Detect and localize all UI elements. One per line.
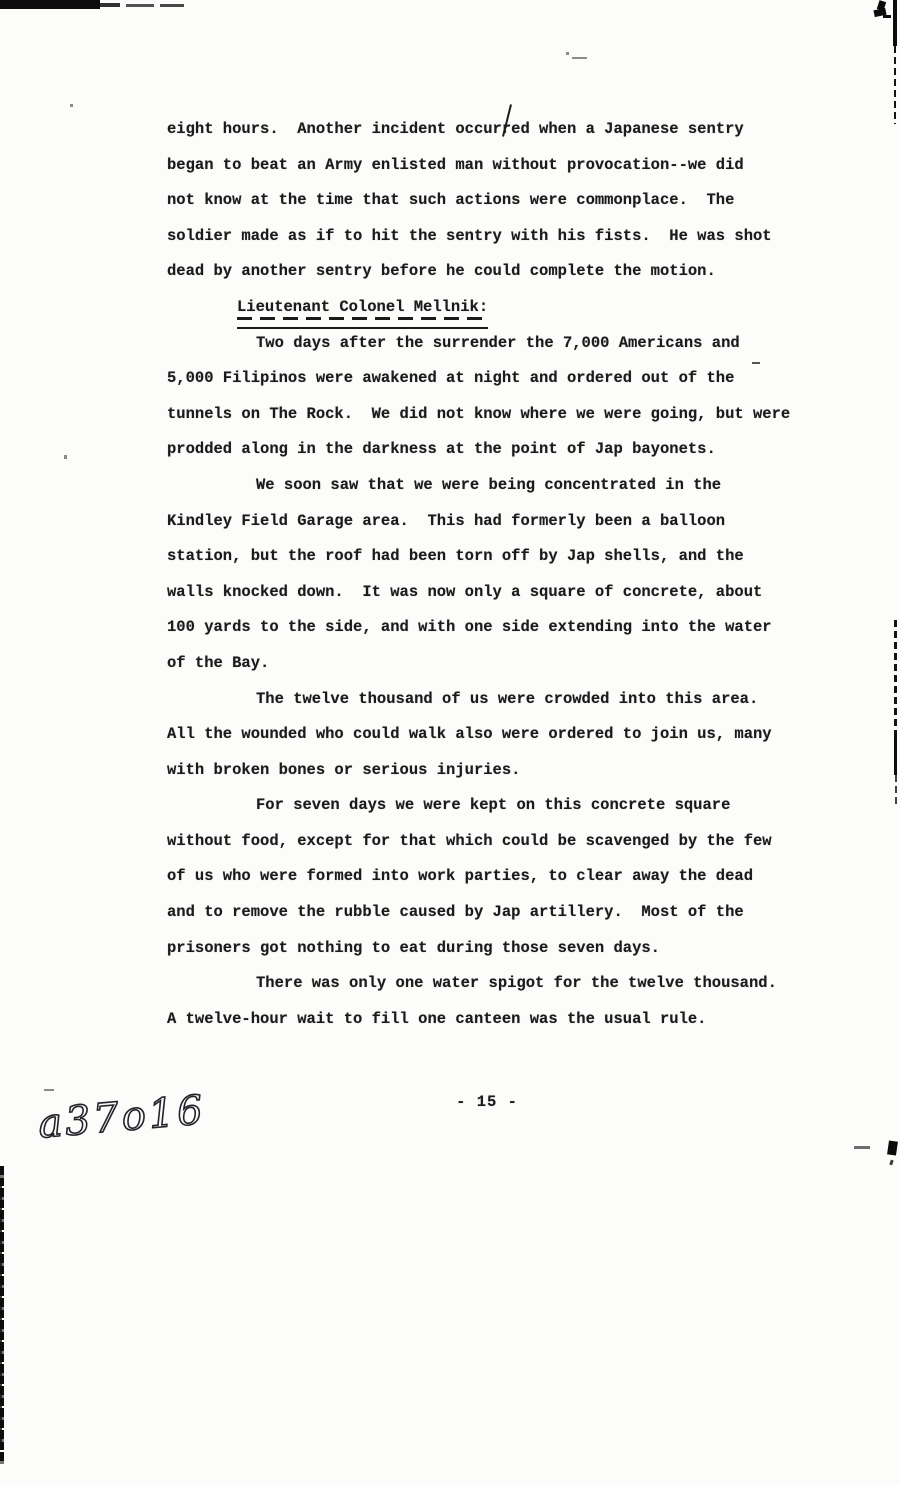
text-line: For seven days we were kept on this conc…: [167, 788, 827, 824]
scan-artifact-right-line-top-dashed: [894, 46, 896, 124]
handwritten-note: a37o16: [33, 1074, 218, 1159]
text-line: with broken bones or serious injuries.: [167, 753, 827, 789]
speck-dash-1: [572, 57, 587, 59]
speck-dot-2: [70, 104, 73, 107]
text-line: tunnels on The Rock. We did not know whe…: [167, 397, 827, 433]
text-line: of the Bay.: [167, 646, 827, 682]
text-line: prisoners got nothing to eat during thos…: [167, 931, 827, 967]
scan-artifact-bottom-right-blob: [887, 1140, 898, 1155]
page-number: - 15 -: [167, 1093, 807, 1111]
speck-dot-1: [566, 52, 569, 55]
heading-dashed-underline: [237, 317, 490, 321]
text-line: without food, except for that which coul…: [167, 824, 827, 860]
text-line: 100 yards to the side, and with one side…: [167, 610, 827, 646]
scan-artifact-top-left-bar: [0, 0, 100, 9]
text-line: All the wounded who could walk also were…: [167, 717, 827, 753]
text-line: began to beat an Army enlisted man witho…: [167, 148, 827, 184]
text-line: A twelve-hour wait to fill one canteen w…: [167, 1002, 827, 1038]
handwritten-note-text: a37o16: [36, 1087, 207, 1147]
text-line: dead by another sentry before he could c…: [167, 254, 827, 290]
text-line: There was only one water spigot for the …: [167, 966, 827, 1002]
text-line: prodded along in the darkness at the poi…: [167, 432, 827, 468]
speck-dot-3: [64, 455, 67, 459]
scan-artifact-top-left-tail-2: [126, 4, 154, 7]
text-line: station, but the roof had been torn off …: [167, 539, 827, 575]
scan-artifact-right-line-mid-solid: [894, 735, 897, 775]
section-heading: Lieutenant Colonel Mellnik:: [237, 290, 488, 329]
text-line: not know at the time that such actions w…: [167, 183, 827, 219]
scan-artifact-top-left-tail-3: [160, 4, 184, 7]
speck-bottom-right-squiggle: [854, 1146, 870, 1149]
text-line: We soon saw that we were being concentra…: [167, 468, 827, 504]
text-block: eight hours. Another incident occurred w…: [167, 112, 827, 1037]
text-line: soldier made as if to hit the sentry wit…: [167, 219, 827, 255]
scan-artifact-top-right-scribble-3: [883, 15, 891, 18]
scan-artifact-left-line-bottom-core: [0, 1180, 2, 1450]
text-line: Kindley Field Garage area. This had form…: [167, 504, 827, 540]
scan-artifact-right-line-top-solid: [893, 0, 897, 46]
scan-artifact-right-line-mid-tail: [895, 775, 897, 805]
text-line: Two days after the surrender the 7,000 A…: [167, 326, 827, 362]
speck-bottom-right-dot: [889, 1160, 894, 1166]
text-line: of us who were formed into work parties,…: [167, 859, 827, 895]
scan-artifact-top-left-tail-1: [100, 3, 120, 7]
text-line: walls knocked down. It was now only a sq…: [167, 575, 827, 611]
scanned-document-page: eight hours. Another incident occurred w…: [0, 0, 900, 1485]
text-line: and to remove the rubble caused by Jap a…: [167, 895, 827, 931]
text-line: 5,000 Filipinos were awakened at night a…: [167, 361, 827, 397]
text-line: The twelve thousand of us were crowded i…: [167, 682, 827, 718]
scan-artifact-right-line-mid: [894, 620, 897, 735]
text-line: eight hours. Another incident occurred w…: [167, 112, 827, 148]
section-heading-row: Lieutenant Colonel Mellnik:: [167, 290, 827, 326]
